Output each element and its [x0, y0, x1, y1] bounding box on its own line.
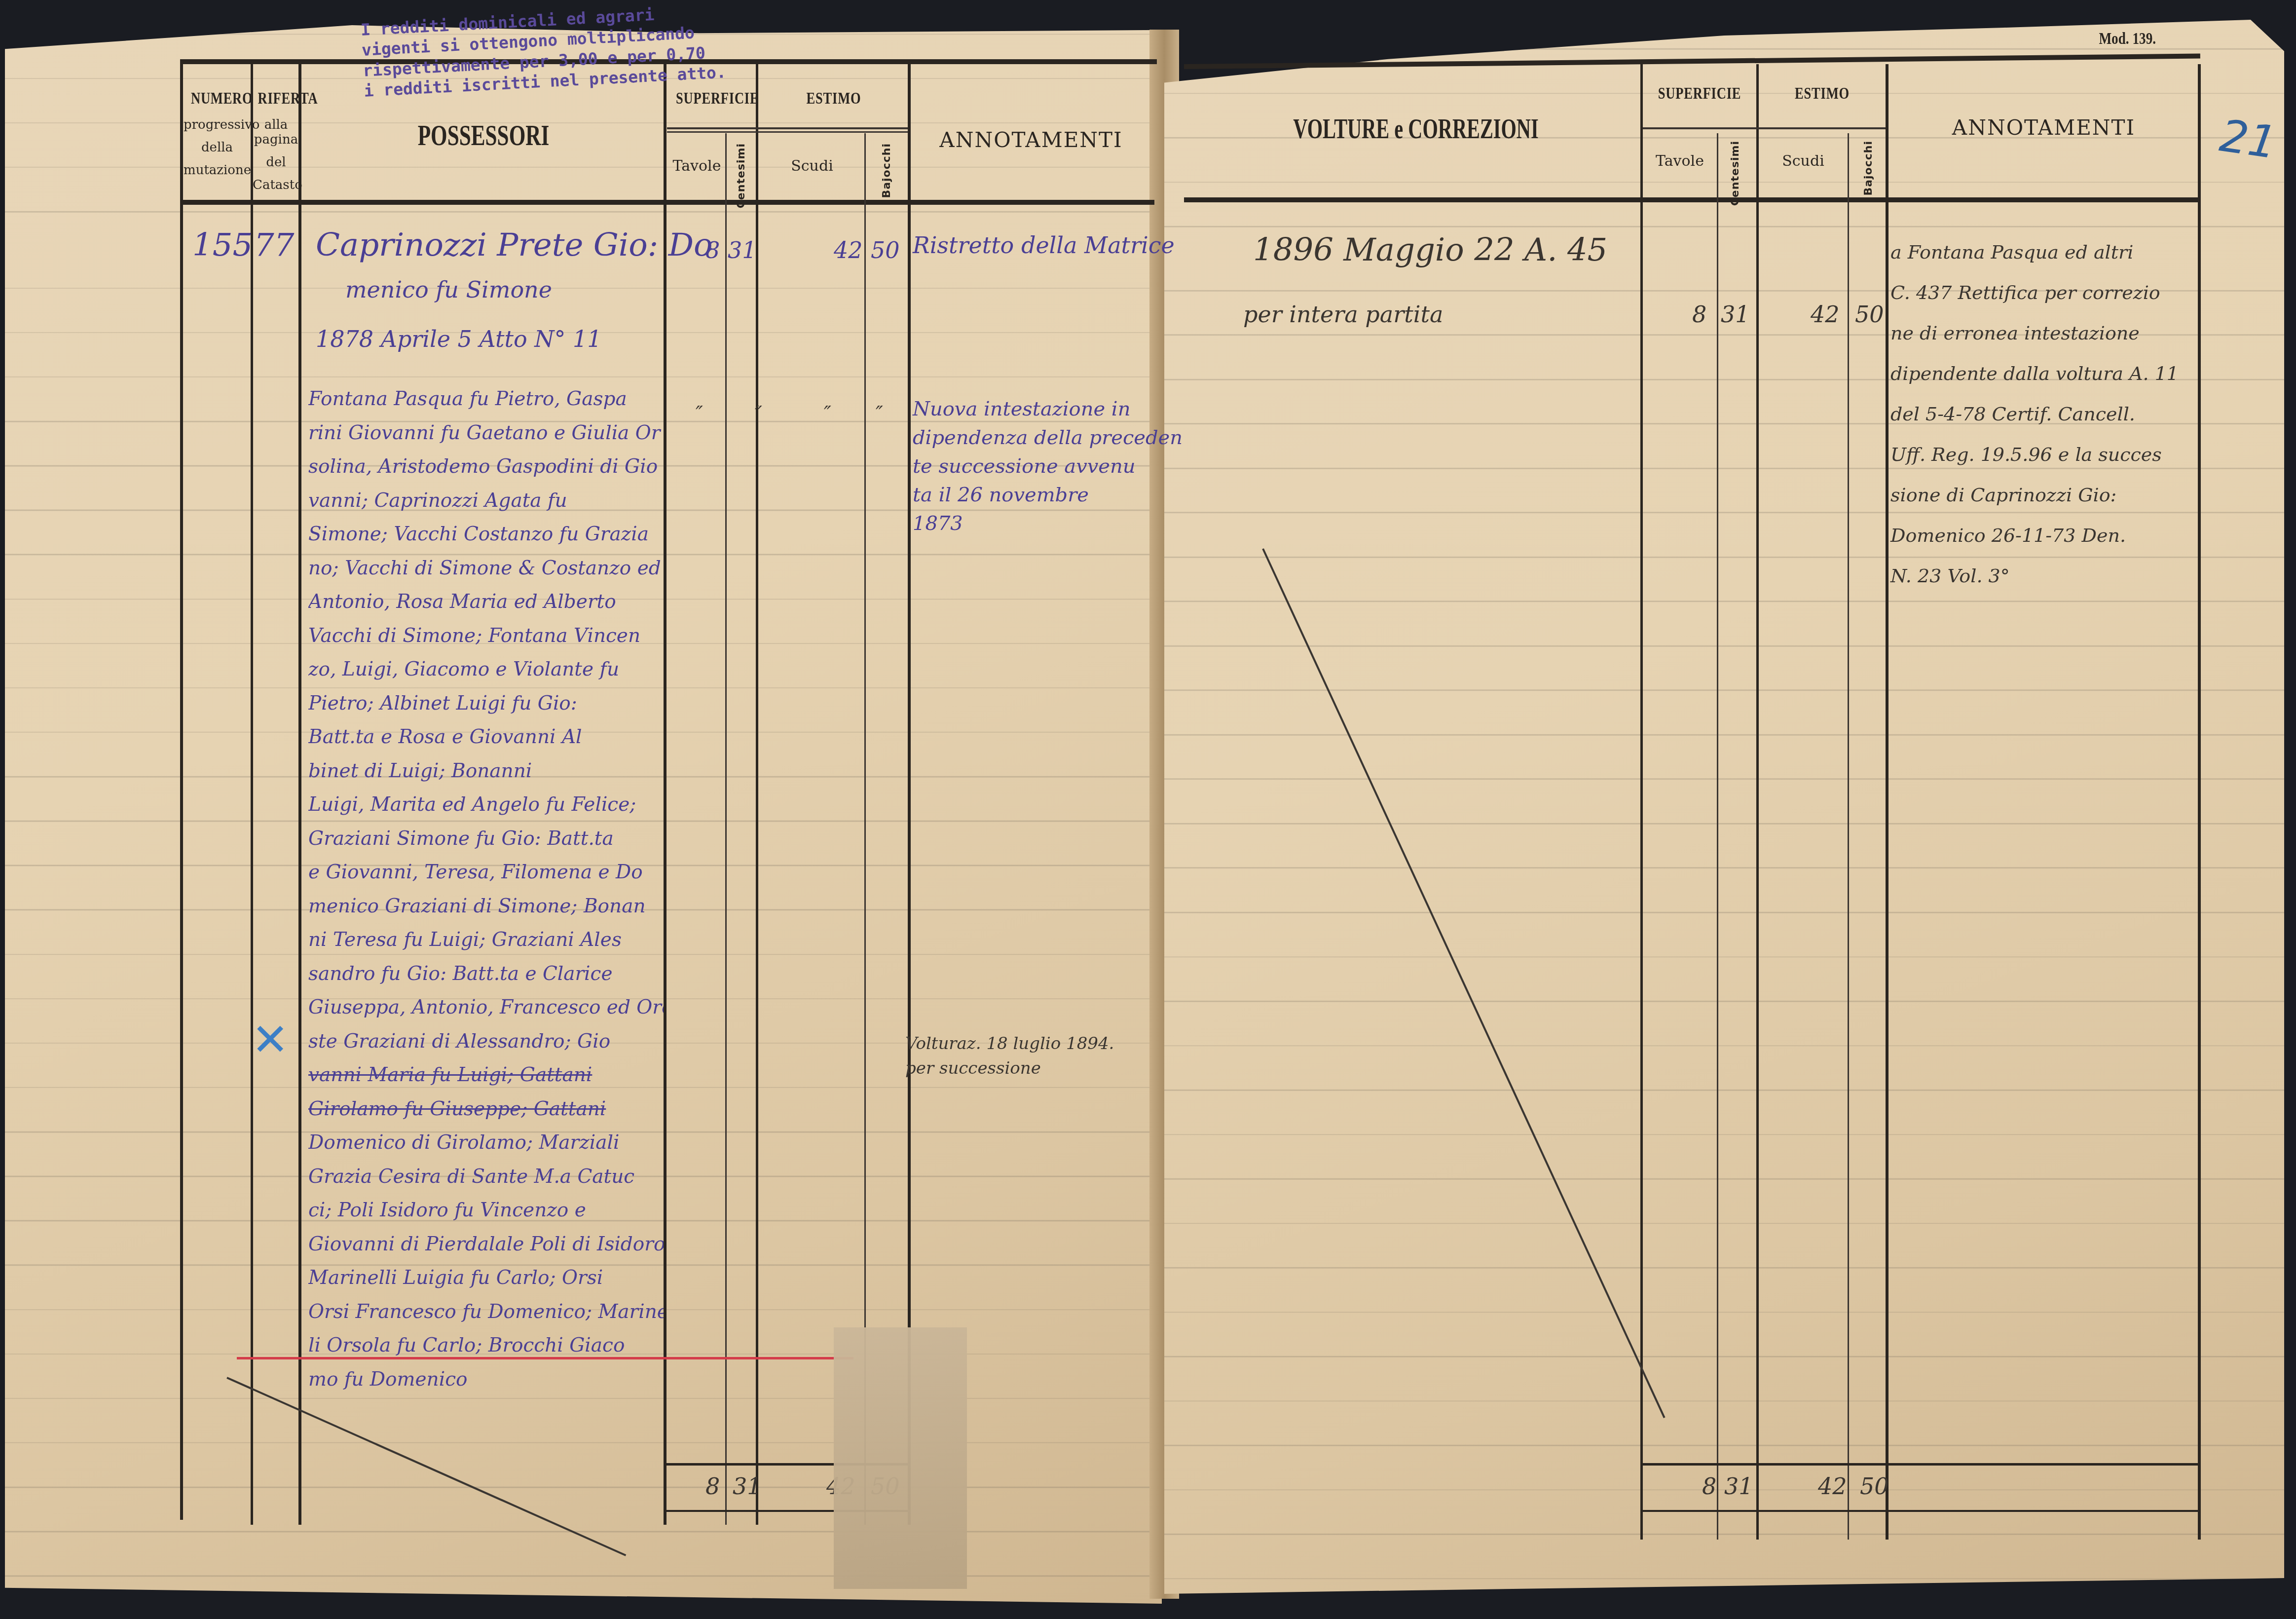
note-line: Volturaz. 18 luglio 1894.	[905, 1031, 1114, 1056]
header-superficie: SUPERFICIE	[676, 89, 746, 108]
right-annotamento: a Fontana Pasqua ed altri C. 437 Rettifi…	[1890, 232, 2179, 596]
row1-scudi: 42	[834, 237, 863, 264]
header-subtitle: progressivo	[184, 118, 251, 133]
possessore-line: Simone; Vacchi Costanzo fu Grazia	[308, 518, 664, 552]
possessore-line: sandro fu Gio: Batt.ta e Clarice	[308, 957, 664, 991]
header-numero: NUMERO progressivo della mutazione	[184, 89, 251, 178]
possessore-line: Girolamo fu Giuseppe; Gattani	[308, 1092, 664, 1127]
header-bajocchi: Bajocchi	[881, 143, 893, 198]
right-total-tavole: 8	[1702, 1473, 1716, 1500]
right-total-centesimi: 31	[1724, 1473, 1753, 1500]
header-scudi: Scudi	[760, 158, 864, 175]
right-row-scudi: 42	[1811, 301, 1840, 328]
row1-possessore: Caprinozzi Prete Gio: Do	[316, 227, 713, 264]
annotamento-line: Uff. Reg. 19.5.96 e la succes	[1890, 434, 2179, 475]
header-tavole: Tavole	[668, 158, 725, 175]
header-riferta: RIFERTA alla pagina del Catasto	[253, 89, 299, 193]
row2-later-note: Volturaz. 18 luglio 1894. per succession…	[905, 1031, 1114, 1081]
possessore-line: vanni Maria fu Luigi; Gattani	[308, 1058, 664, 1092]
header-estimo: ESTIMO	[776, 89, 891, 108]
row2-act-line: 1878 Aprile 5 Atto N° 11	[316, 326, 602, 352]
subheader-rule	[667, 131, 908, 133]
header-bajocchi-right: Bajocchi	[1862, 141, 1875, 196]
col-rule	[864, 133, 866, 1525]
right-row-tavole: 8	[1692, 301, 1706, 328]
col-rule	[251, 64, 253, 1525]
row1-annotamento: Ristretto della Matrice	[913, 232, 1175, 259]
row1-numero: 155	[192, 227, 253, 264]
possessore-line: zo, Luigi, Giacomo e Violante fu	[308, 653, 664, 687]
row1-centesimi: 31	[728, 237, 757, 264]
col-rule	[664, 64, 667, 1525]
annotamento-line: sione di Caprinozzi Gio:	[1890, 475, 2179, 515]
possessore-line: Pietro; Albinet Luigi fu Gio:	[308, 687, 664, 721]
ditto-mark: ″	[755, 402, 762, 425]
col-rule	[1848, 133, 1849, 1540]
annotamento-line: del 5-4-78 Certif. Cancell.	[1890, 394, 2179, 434]
possessore-line: ci; Poli Isidoro fu Vincenzo e	[308, 1194, 664, 1228]
header-scudi-right: Scudi	[1759, 153, 1848, 170]
col-rule	[756, 64, 758, 1525]
subheader-rule	[667, 127, 908, 129]
header-tavole-right: Tavole	[1643, 153, 1717, 170]
ditto-mark: ″	[876, 402, 883, 425]
annotamento-line: te successione avvenu	[913, 452, 1183, 481]
annotamento-line: dipendente dalla voltura A. 11	[1890, 353, 2179, 394]
left-total-centesimi: 31	[733, 1473, 762, 1500]
voltura-date: 1896 Maggio 22 A. 45	[1253, 232, 1607, 268]
possessore-line: menico Graziani di Simone; Bonan	[308, 890, 664, 924]
header-subtitle: alla pagina	[253, 118, 299, 148]
annotamento-line: ne di erronea intestazione	[1890, 313, 2179, 353]
header-title: NUMERO	[191, 89, 243, 108]
possessore-line: Fontana Pasqua fu Pietro, Gaspa	[308, 382, 664, 416]
annotamento-line: Nuova intestazione in	[913, 395, 1183, 423]
annotamento-line: C. 437 Rettifica per correzio	[1890, 272, 2179, 313]
annotamento-line: 1873	[913, 509, 1183, 538]
left-total-tavole: 8	[705, 1473, 720, 1500]
possessore-line: vanni; Caprinozzi Agata fu	[308, 484, 664, 518]
right-row-bajocchi: 50	[1855, 301, 1884, 328]
header-title: RIFERTA	[258, 89, 294, 108]
header-subtitle: mutazione	[184, 163, 251, 178]
page-number: 21	[2217, 110, 2280, 169]
red-closing-rule	[237, 1357, 853, 1359]
right-total-scudi: 42	[1818, 1473, 1847, 1500]
right-total-bajocchi: 50	[1860, 1473, 1889, 1500]
header-annotamenti-left: ANNOTAMENTI	[913, 128, 1149, 152]
possessore-line: ste Graziani di Alessandro; Gio	[308, 1025, 664, 1059]
col-rule	[1717, 133, 1718, 1540]
possessore-line: mo fu Domenico	[308, 1363, 664, 1397]
header-subtitle: del	[253, 155, 299, 170]
header-subtitle: della	[184, 141, 251, 155]
annotamento-line: N. 23 Vol. 3°	[1890, 556, 2179, 596]
right-totals-rule	[1640, 1463, 2198, 1466]
blue-pencil-x-mark: ✕	[252, 1014, 289, 1066]
possessore-line: ni Teresa fu Luigi; Graziani Ales	[308, 923, 664, 957]
possessore-line: Giuseppa, Antonio, Francesco ed Ore	[308, 991, 664, 1025]
possessore-line: Graziani Simone fu Gio: Batt.ta	[308, 822, 664, 856]
possessore-line: rini Giovanni fu Gaetano e Giulia Or	[308, 416, 664, 451]
col-rule	[1886, 64, 1889, 1540]
possessore-line: Orsi Francesco fu Domenico; Marinel	[308, 1295, 664, 1329]
header-centesimi: Centesimi	[735, 143, 747, 208]
subheader-rule	[1643, 127, 1886, 129]
possessore-line: Marinelli Luigia fu Carlo; Orsi	[308, 1261, 664, 1295]
possessore-line: Domenico di Girolamo; Marziali	[308, 1126, 664, 1160]
annotamento-line: dipendenza della preceden	[913, 423, 1183, 452]
row2-possessori-list: Fontana Pasqua fu Pietro, Gaspa rini Gio…	[308, 382, 664, 1396]
row1-riferta: 77	[254, 227, 294, 264]
right-totals-double-rule	[1640, 1510, 2198, 1512]
possessore-line: Antonio, Rosa Maria ed Alberto	[308, 585, 664, 619]
possessore-line: solina, Aristodemo Gaspodini di Gio	[308, 450, 664, 484]
header-annotamenti-right: ANNOTAMENTI	[1889, 116, 2198, 140]
possessore-line: Giovanni di Pierdalale Poli di Isidoro;	[308, 1228, 664, 1262]
form-code: Mod. 139.	[2099, 30, 2156, 48]
ditto-mark: ″	[696, 402, 703, 425]
header-centesimi-right: Centesimi	[1729, 141, 1741, 206]
header-estimo-right: ESTIMO	[1773, 84, 1871, 103]
annotamento-line: a Fontana Pasqua ed altri	[1890, 232, 2179, 272]
possessore-line: Vacchi di Simone; Fontana Vincen	[308, 619, 664, 653]
possessore-line: no; Vacchi di Simone & Costanzo ed	[308, 552, 664, 586]
col-rule	[1756, 64, 1759, 1540]
ditto-mark: ″	[824, 402, 831, 425]
row1-possessore: menico fu Simone	[345, 276, 552, 303]
possessore-line: e Giovanni, Teresa, Filomena e Do	[308, 856, 664, 890]
header-subtitle: Catasto	[253, 178, 299, 193]
col-rule	[1640, 64, 1643, 1540]
row1-bajocchi: 50	[871, 237, 900, 264]
header-possessori: POSSESSORI	[384, 118, 583, 152]
note-line: per successione	[905, 1056, 1114, 1081]
annotamento-line: ta il 26 novembre	[913, 481, 1183, 509]
annotamento-line: Domenico 26-11-73 Den.	[1890, 515, 2179, 556]
right-row-centesimi: 31	[1721, 301, 1750, 328]
left-header-bottom-rule	[183, 200, 1154, 205]
header-volture: VOLTURE e CORREZIONI	[1256, 113, 1576, 145]
header-superficie-right: SUPERFICIE	[1655, 84, 1743, 103]
possessore-line: binet di Luigi; Bonanni	[308, 754, 664, 789]
voltura-detail: per intera partita	[1243, 301, 1443, 328]
possessore-line: Grazia Cesira di Sante M.a Catuc	[308, 1160, 664, 1194]
row2-annotamento: Nuova intestazione in dipendenza della p…	[913, 395, 1183, 538]
possessore-line: Batt.ta e Rosa e Giovanni Al	[308, 720, 664, 754]
right-header-bottom-rule	[1184, 197, 2200, 202]
possessore-line: Luigi, Marita ed Angelo fu Felice;	[308, 788, 664, 822]
col-rule	[2198, 64, 2201, 1540]
row1-tavole: 8	[705, 237, 720, 264]
repair-paper-patch	[834, 1327, 967, 1589]
col-rule	[908, 64, 911, 1525]
col-rule	[298, 64, 301, 1525]
col-rule	[725, 133, 727, 1525]
